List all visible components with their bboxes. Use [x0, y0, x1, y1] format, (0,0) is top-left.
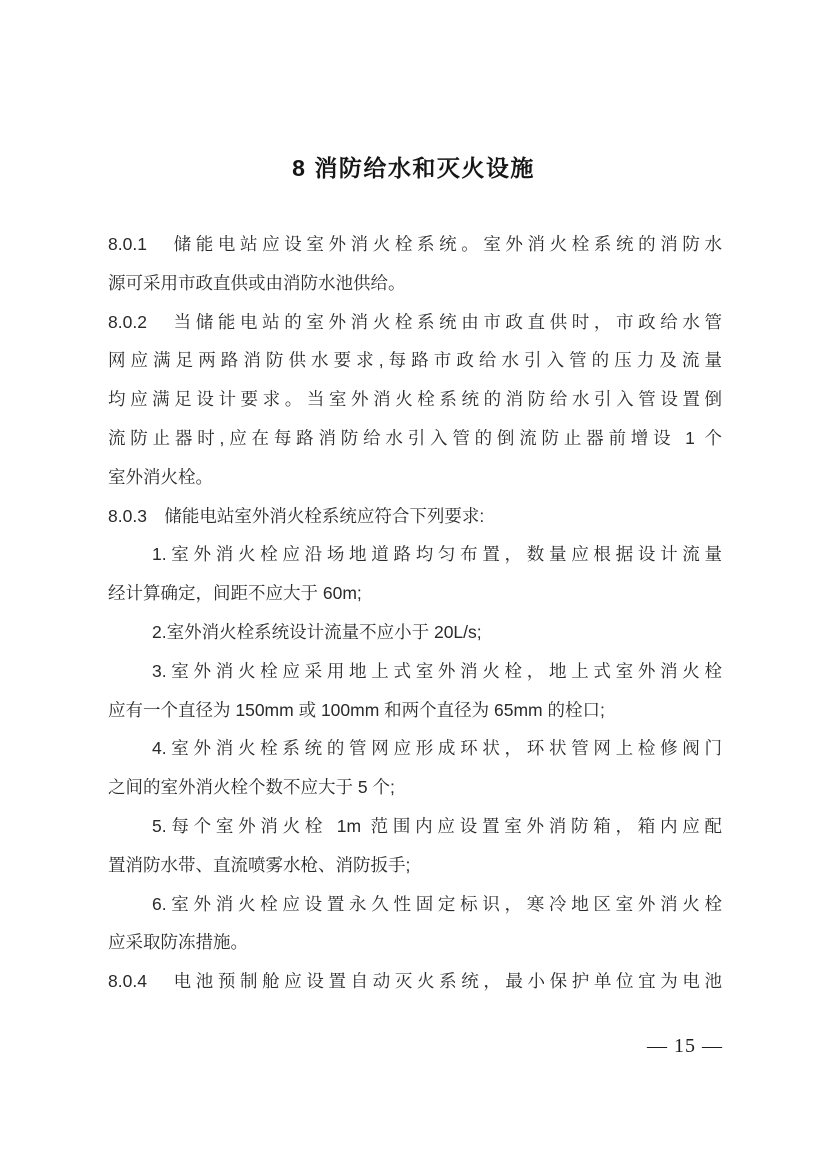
- paragraph-8.0.1: 8.0.1 储能电站应设室外消火栓系统。室外消火栓系统的消防水源可采用市政直供或…: [108, 225, 722, 303]
- paragraph-8.0.4: 8.0.4 电池预制舱应设置自动灭火系统，最小保护单位宜为电池: [108, 962, 722, 1001]
- text-line: 4.室外消火栓系统的管网应形成环状，环状管网上检修阀门: [108, 729, 722, 768]
- document-page: 8 消防给水和灭火设施 8.0.1 储能电站应设室外消火栓系统。室外消火栓系统的…: [0, 0, 827, 1170]
- paragraph-item-2: 2.室外消火栓系统设计流量不应小于 20L/s;: [108, 613, 722, 652]
- paragraph-item-3: 3.室外消火栓应采用地上式室外消火栓，地上式室外消火栓应有一个直径为 150mm…: [108, 652, 722, 730]
- paragraph-8.0.3: 8.0.3 储能电站室外消火栓系统应符合下列要求:: [108, 497, 722, 536]
- page-number: — 15 —: [647, 1035, 723, 1058]
- text-line: 8.0.2 当储能电站的室外消火栓系统由市政直供时，市政给水管: [108, 303, 722, 342]
- paragraph-8.0.2: 8.0.2 当储能电站的室外消火栓系统由市政直供时，市政给水管网应满足两路消防供…: [108, 303, 722, 497]
- text-line: 3.室外消火栓应采用地上式室外消火栓，地上式室外消火栓: [108, 652, 722, 691]
- text-line: 均应满足设计要求。当室外消火栓系统的消防给水引入管设置倒: [108, 380, 722, 419]
- text-line: 经计算确定，间距不应大于 60m;: [108, 574, 722, 613]
- text-line: 应有一个直径为 150mm 或 100mm 和两个直径为 65mm 的栓口;: [108, 691, 722, 730]
- text-line: 流防止器时,应在每路消防给水引入管的倒流防止器前增设 1 个: [108, 419, 722, 458]
- text-line: 源可采用市政直供或由消防水池供给。: [108, 264, 722, 303]
- paragraph-item-6: 6.室外消火栓应设置永久性固定标识，寒冷地区室外消火栓应采取防冻措施。: [108, 885, 722, 963]
- text-line: 之间的室外消火栓个数不应大于 5 个;: [108, 768, 722, 807]
- text-line: 6.室外消火栓应设置永久性固定标识，寒冷地区室外消火栓: [108, 885, 722, 924]
- text-line: 网应满足两路消防供水要求,每路市政给水引入管的压力及流量: [108, 341, 722, 380]
- text-line: 8.0.4 电池预制舱应设置自动灭火系统，最小保护单位宜为电池: [108, 962, 722, 1001]
- text-line: 8.0.3 储能电站室外消火栓系统应符合下列要求:: [108, 497, 722, 536]
- page-title: 8 消防给水和灭火设施: [0, 150, 827, 183]
- paragraph-item-1: 1.室外消火栓应沿场地道路均匀布置，数量应根据设计流量经计算确定，间距不应大于 …: [108, 535, 722, 613]
- text-line: 5.每个室外消火栓 1m 范围内应设置室外消防箱，箱内应配: [108, 807, 722, 846]
- document-body: 8.0.1 储能电站应设室外消火栓系统。室外消火栓系统的消防水源可采用市政直供或…: [108, 225, 722, 1001]
- text-line: 室外消火栓。: [108, 458, 722, 497]
- paragraph-item-4: 4.室外消火栓系统的管网应形成环状，环状管网上检修阀门之间的室外消火栓个数不应大…: [108, 729, 722, 807]
- text-line: 应采取防冻措施。: [108, 923, 722, 962]
- text-line: 1.室外消火栓应沿场地道路均匀布置，数量应根据设计流量: [108, 535, 722, 574]
- text-line: 8.0.1 储能电站应设室外消火栓系统。室外消火栓系统的消防水: [108, 225, 722, 264]
- text-line: 置消防水带、直流喷雾水枪、消防扳手;: [108, 846, 722, 885]
- paragraph-item-5: 5.每个室外消火栓 1m 范围内应设置室外消防箱，箱内应配置消防水带、直流喷雾水…: [108, 807, 722, 885]
- text-line: 2.室外消火栓系统设计流量不应小于 20L/s;: [108, 613, 722, 652]
